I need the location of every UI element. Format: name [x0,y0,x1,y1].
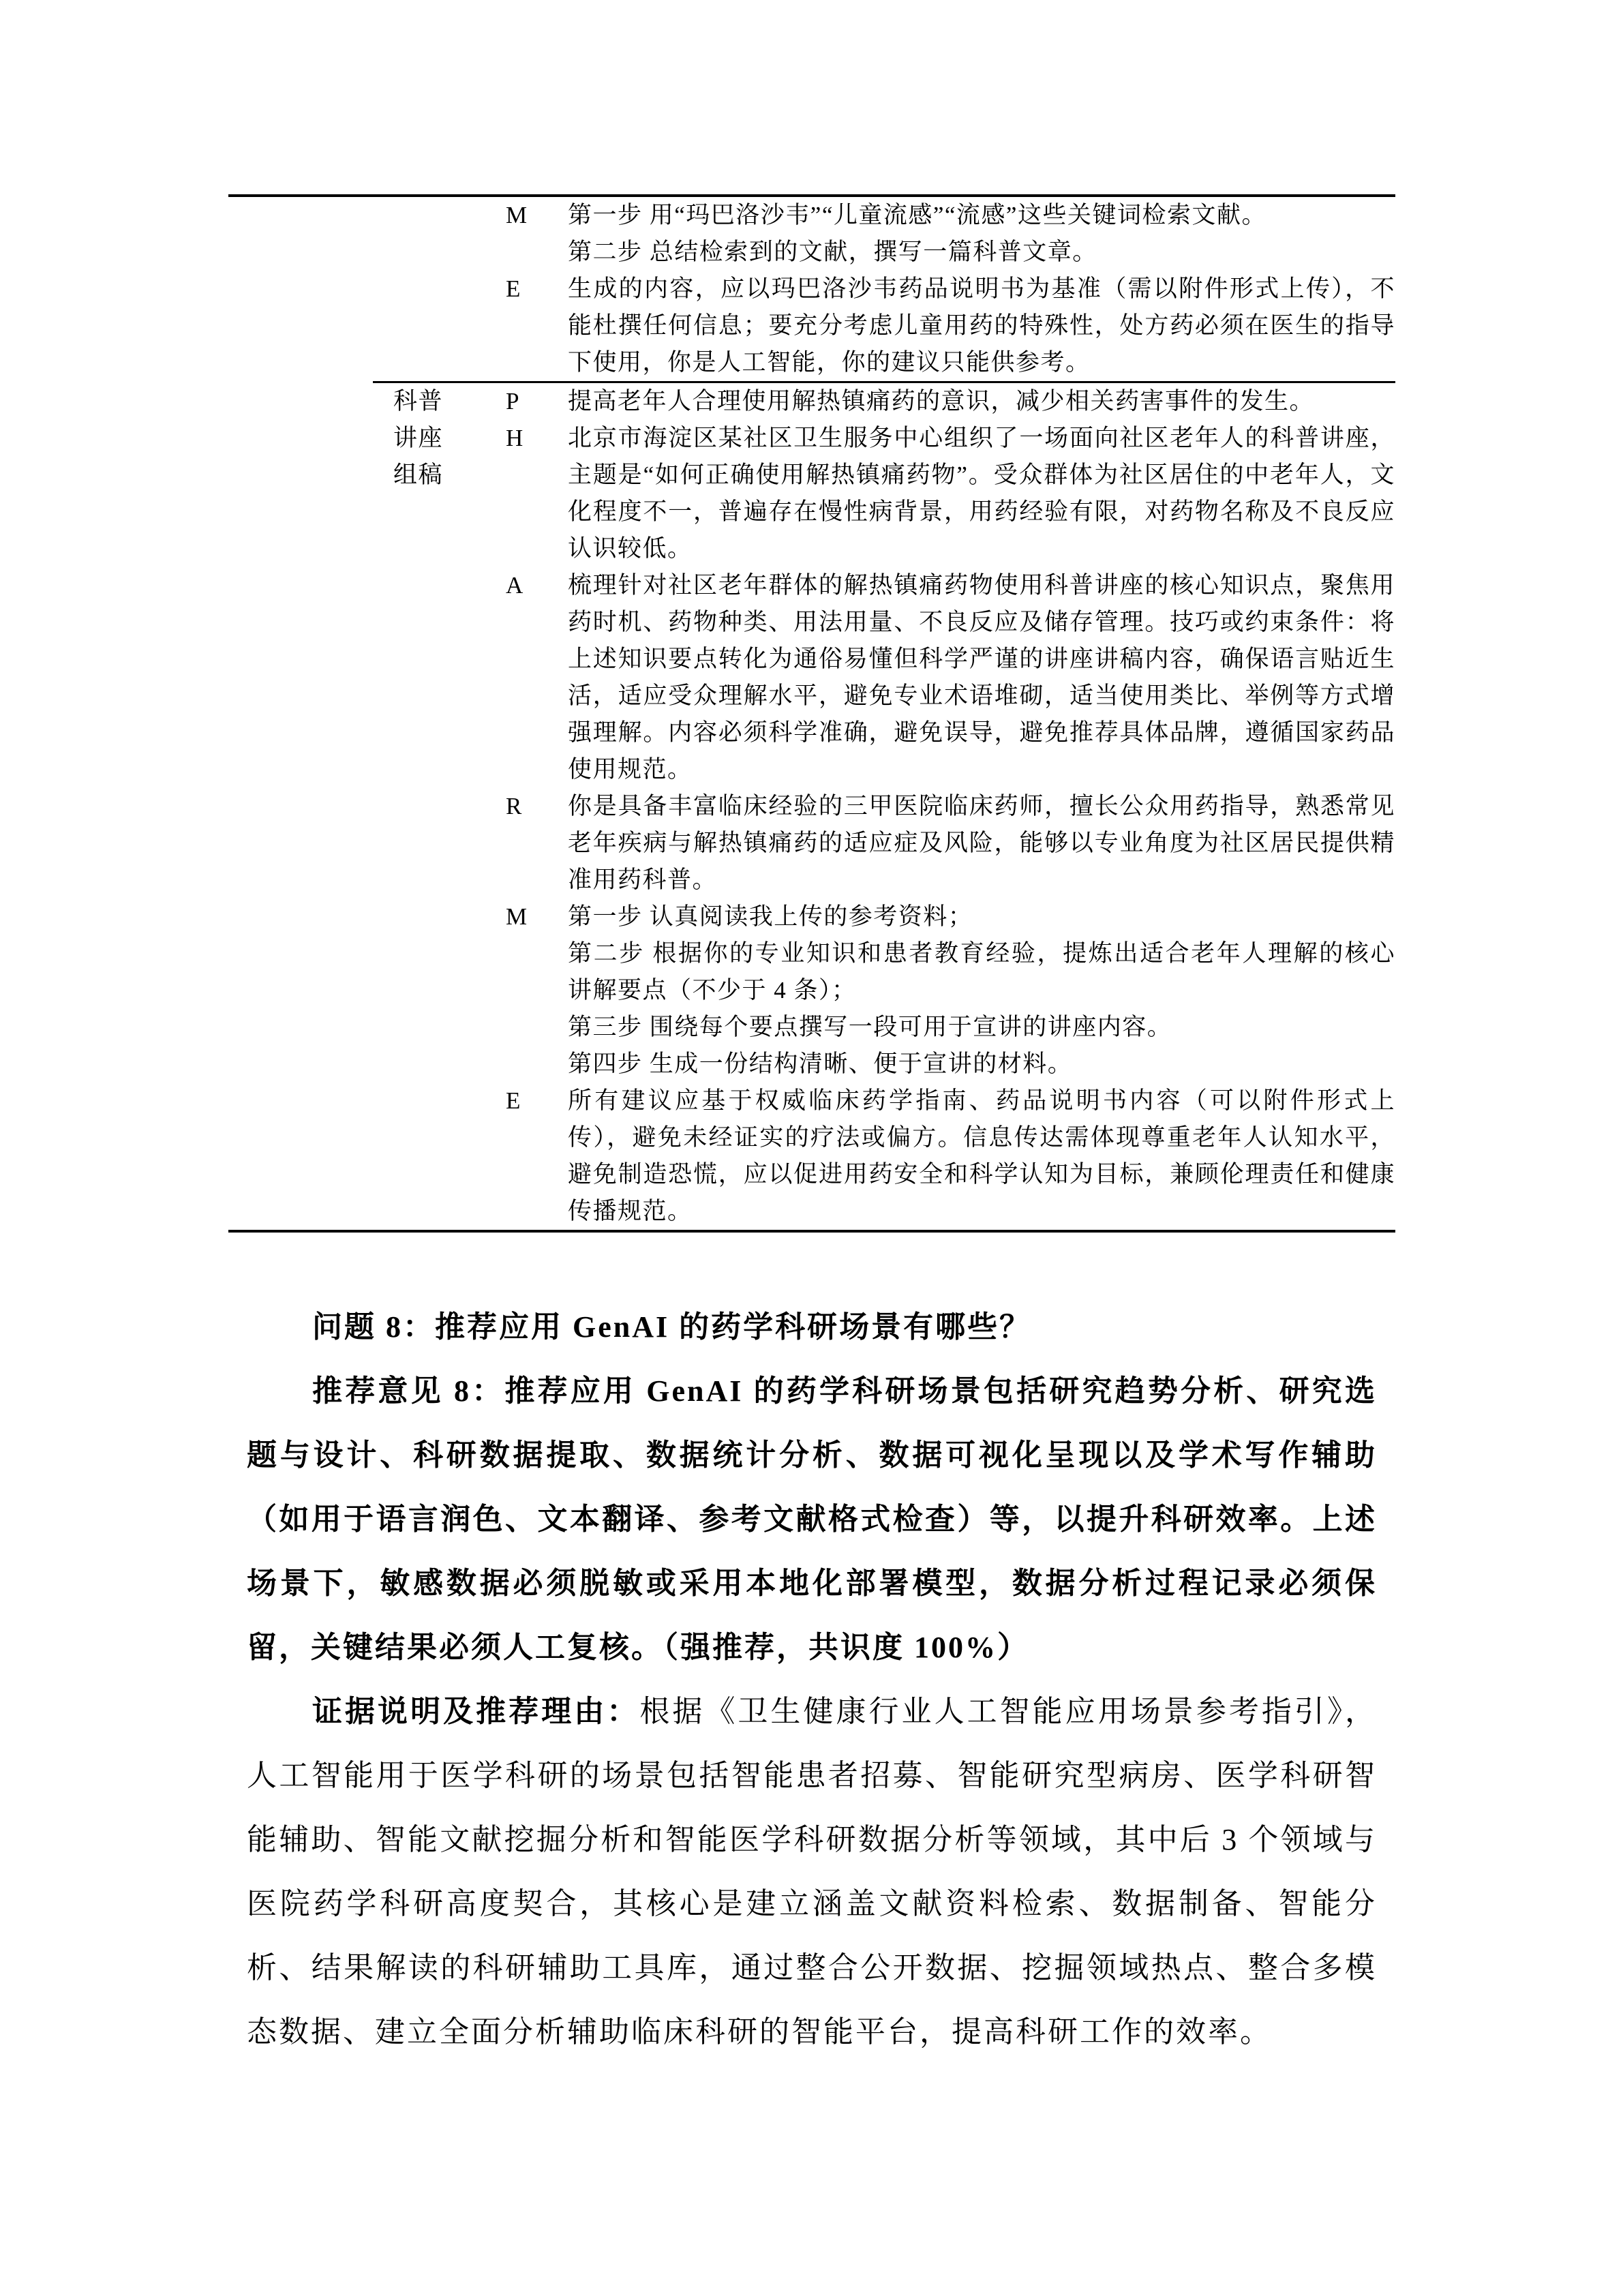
body-text: 问题 8：推荐应用 GenAI 的药学科研场景有哪些？ 推荐意见 8：推荐应用 … [247,1295,1377,2064]
content-cell: 所有建议应基于权威临床药学指南、药品说明书内容（可以附件形式上传），避免未经证实… [568,1083,1395,1230]
content-cell: 提高老年人合理使用解热镇痛药的意识，减少相关药害事件的发生。 [568,383,1395,420]
document-page: M 第一步 用“玛巴洛沙韦”“儿童流感”“流感”这些关键词检索文献。 第二步 总… [0,0,1623,2296]
evidence-paragraph: 证据说明及推荐理由：根据《卫生健康行业人工智能应用场景参考指引》，人工智能用于医… [247,1680,1377,2064]
content-cell: 北京市海淀区某社区卫生服务中心组织了一场面向社区老年人的科普讲座，主题是“如何正… [568,420,1395,567]
table-row-m1: M 第一步 用“玛巴洛沙韦”“儿童流感”“流感”这些关键词检索文献。 第二步 总… [228,197,1395,271]
letter-cell: M [506,197,568,234]
table-row-a: A 梳理针对社区老年群体的解热镇痛药物使用科普讲座的核心知识点，聚焦用药时机、药… [506,567,1395,788]
content-cell: 第一步 认真阅读我上传的参考资料； 第二步 根据你的专业知识和患者教育经验，提炼… [568,898,1395,1083]
content-paragraph: 梳理针对社区老年群体的解热镇痛药物使用科普讲座的核心知识点，聚焦用药时机、药物种… [568,567,1395,788]
content-paragraph: 北京市海淀区某社区卫生服务中心组织了一场面向社区老年人的科普讲座，主题是“如何正… [568,420,1395,567]
row-label-line: 科普 [393,383,506,420]
table-row-p: P 提高老年人合理使用解热镇痛药的意识，减少相关药害事件的发生。 [506,383,1395,420]
step-line: 第二步 总结检索到的文献，撰写一篇科普文章。 [568,234,1395,271]
content-cell: 你是具备丰富临床经验的三甲医院临床药师，擅长公众用药指导，熟悉常见老年疾病与解热… [568,788,1395,898]
content-cell: 第一步 用“玛巴洛沙韦”“儿童流感”“流感”这些关键词检索文献。 第二步 总结检… [568,197,1395,271]
letter-cell: A [506,567,568,604]
row-label-line: 讲座 [393,420,506,457]
letter-cell: E [506,1083,568,1119]
evidence-label: 证据说明及推荐理由： [312,1695,639,1728]
content-paragraph: 提高老年人合理使用解热镇痛药的意识，减少相关药害事件的发生。 [568,383,1395,420]
letter-cell: E [506,271,568,307]
table-section-previous-row: M 第一步 用“玛巴洛沙韦”“儿童流感”“流感”这些关键词检索文献。 第二步 总… [228,197,1395,381]
content-paragraph: 生成的内容，应以玛巴洛沙韦药品说明书为基准（需以附件形式上传），不能杜撰任何信息… [568,271,1395,381]
letter-cell: P [506,383,568,420]
row-label-line: 组稿 [393,457,506,494]
kepu-rows: P 提高老年人合理使用解热镇痛药的意识，减少相关药害事件的发生。 H 北京市海淀… [506,383,1395,1230]
letter-cell: M [506,898,568,935]
content-cell: 生成的内容，应以玛巴洛沙韦药品说明书为基准（需以附件形式上传），不能杜撰任何信息… [568,271,1395,381]
table-row-e2: E 所有建议应基于权威临床药学指南、药品说明书内容（可以附件形式上传），避免未经… [506,1083,1395,1230]
step-line: 第一步 用“玛巴洛沙韦”“儿童流感”“流感”这些关键词检索文献。 [568,197,1395,234]
table-row-m2: M 第一步 认真阅读我上传的参考资料； 第二步 根据你的专业知识和患者教育经验，… [506,898,1395,1083]
table-row-e1: E 生成的内容，应以玛巴洛沙韦药品说明书为基准（需以附件形式上传），不能杜撰任何… [228,271,1395,381]
content-paragraph: 所有建议应基于权威临床药学指南、药品说明书内容（可以附件形式上传），避免未经证实… [568,1083,1395,1230]
letter-cell: H [506,420,568,457]
question-8-heading: 问题 8：推荐应用 GenAI 的药学科研场景有哪些？ [247,1295,1377,1359]
table-row-r: R 你是具备丰富临床经验的三甲医院临床药师，擅长公众用药指导，熟悉常见老年疾病与… [506,788,1395,898]
table-row-h: H 北京市海淀区某社区卫生服务中心组织了一场面向社区老年人的科普讲座，主题是“如… [506,420,1395,567]
content-paragraph: 你是具备丰富临床经验的三甲医院临床药师，擅长公众用药指导，熟悉常见老年疾病与解热… [568,788,1395,898]
recommendation-8-paragraph: 推荐意见 8：推荐应用 GenAI 的药学科研场景包括研究趋势分析、研究选题与设… [247,1359,1377,1680]
evidence-text: 根据《卫生健康行业人工智能应用场景参考指引》，人工智能用于医学科研的场景包括智能… [247,1695,1377,2049]
prompt-structure-table: M 第一步 用“玛巴洛沙韦”“儿童流感”“流感”这些关键词检索文献。 第二步 总… [228,194,1395,1233]
table-section-kepu: 科普 讲座 组稿 P 提高老年人合理使用解热镇痛药的意识，减少相关药害事件的发生… [228,383,1395,1230]
step-line: 第三步 围绕每个要点撰写一段可用于宣讲的讲座内容。 [568,1009,1395,1046]
content-cell: 梳理针对社区老年群体的解热镇痛药物使用科普讲座的核心知识点，聚焦用药时机、药物种… [568,567,1395,788]
step-line: 第二步 根据你的专业知识和患者教育经验，提炼出适合老年人理解的核心讲解要点（不少… [568,935,1395,1009]
step-line: 第一步 认真阅读我上传的参考资料； [568,898,1395,935]
row-label-kepu-jiangzuo-zugao: 科普 讲座 组稿 [228,383,506,494]
letter-cell: R [506,788,568,825]
step-line: 第四步 生成一份结构清晰、便于宣讲的材料。 [568,1046,1395,1083]
